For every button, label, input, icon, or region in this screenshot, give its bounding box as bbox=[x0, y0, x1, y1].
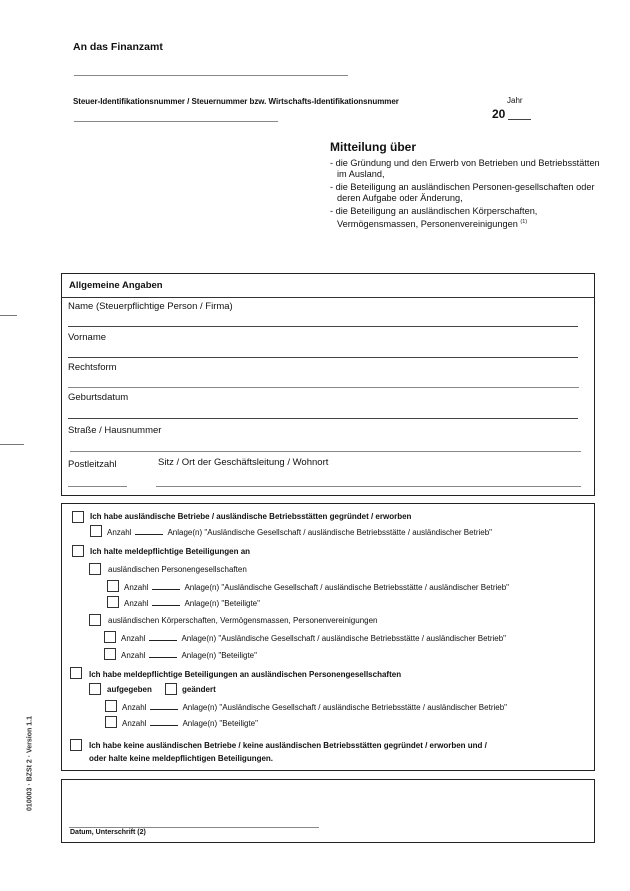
anzahl-label: Anzahl bbox=[122, 703, 146, 712]
rechtsform-label: Rechtsform bbox=[68, 362, 117, 373]
anlage-label: Anlage(n) "Ausländische Gesellschaft / a… bbox=[167, 528, 492, 537]
aufgegeben-label: aufgegeben bbox=[107, 685, 152, 694]
mitteilung-item: - die Beteiligung an ausländischen Körpe… bbox=[330, 206, 610, 229]
anzahl-input[interactable] bbox=[149, 650, 177, 658]
aufgegeben-heading-label: Ich habe meldepflichtige Beteiligungen a… bbox=[89, 670, 401, 679]
steuer-id-input-line[interactable] bbox=[74, 121, 278, 122]
pg-anlage-gesellschaft-row: AnzahlAnlage(n) "Ausländische Gesellscha… bbox=[124, 582, 509, 592]
keine-checkbox[interactable] bbox=[70, 739, 82, 751]
anzahl-input[interactable] bbox=[135, 527, 163, 535]
strasse-label: Straße / Hausnummer bbox=[68, 425, 161, 436]
form-version: 010003 · BZSt 2 · Version 1.1 bbox=[27, 704, 34, 824]
vorname-label: Vorname bbox=[68, 332, 106, 343]
personengesellschaften-label: ausländischen Personengesellschaften bbox=[108, 565, 247, 574]
geburtsdatum-input-line[interactable] bbox=[68, 418, 578, 419]
footnote-marker: (1) bbox=[520, 219, 527, 225]
jahr-prefix: 20 bbox=[492, 107, 505, 121]
jahr-label: Jahr bbox=[507, 96, 523, 105]
anlage-label: Anlage(n) "Ausländische Gesellschaft / a… bbox=[182, 703, 507, 712]
anlage-label: Anlage(n) "Beteiligte" bbox=[181, 651, 257, 660]
pg-anlage-gesellschaft-checkbox[interactable] bbox=[107, 580, 119, 592]
steuer-id-label: Steuer-Identifikationsnummer / Steuernum… bbox=[73, 97, 399, 106]
ks-anlage-gesellschaft-row: AnzahlAnlage(n) "Ausländische Gesellscha… bbox=[121, 633, 506, 643]
keine-label-line2: oder halte keine meldepflichtigen Beteil… bbox=[89, 754, 273, 763]
plz-input-line[interactable] bbox=[68, 486, 127, 487]
finanzamt-label: An das Finanzamt bbox=[73, 41, 163, 53]
geaendert-label: geändert bbox=[182, 685, 216, 694]
aufgegeben-checkbox[interactable] bbox=[89, 683, 101, 695]
gegruendet-label: Ich habe ausländische Betriebe / ausländ… bbox=[90, 512, 411, 521]
anzahl-input[interactable] bbox=[149, 633, 177, 641]
anlage-label: Anlage(n) "Ausländische Gesellschaft / a… bbox=[181, 634, 506, 643]
ap-anlage-beteiligte-checkbox[interactable] bbox=[105, 716, 117, 728]
personengesellschaften-checkbox[interactable] bbox=[89, 563, 101, 575]
mitteilung-item: - die Gründung und den Erwerb von Betrie… bbox=[330, 158, 610, 179]
jahr-input-line[interactable] bbox=[508, 119, 531, 120]
vorname-input-line[interactable] bbox=[68, 357, 578, 358]
anzahl-input[interactable] bbox=[150, 702, 178, 710]
ort-input-line[interactable] bbox=[156, 486, 581, 487]
keine-label-line1: Ich habe keine ausländischen Betriebe / … bbox=[89, 741, 487, 750]
ap-anlage-gesellschaft-checkbox[interactable] bbox=[105, 700, 117, 712]
mitteilung-item-text: - die Beteiligung an ausländischen Körpe… bbox=[330, 206, 537, 229]
name-input-line[interactable] bbox=[68, 326, 578, 327]
anzahl-input[interactable] bbox=[152, 598, 180, 606]
fold-mark-top bbox=[0, 315, 17, 316]
geaendert-checkbox[interactable] bbox=[165, 683, 177, 695]
ap-anlage-gesellschaft-row: AnzahlAnlage(n) "Ausländische Gesellscha… bbox=[122, 702, 507, 712]
halte-checkbox[interactable] bbox=[72, 545, 84, 557]
ks-anlage-beteiligte-checkbox[interactable] bbox=[104, 648, 116, 660]
gegruendet-anlage-row: AnzahlAnlage(n) "Ausländische Gesellscha… bbox=[107, 527, 492, 537]
mitteilung-title: Mitteilung über bbox=[330, 140, 610, 154]
koerperschaften-checkbox[interactable] bbox=[89, 614, 101, 626]
signature-input-line[interactable] bbox=[69, 827, 319, 828]
anzahl-label: Anzahl bbox=[121, 651, 145, 660]
gegruendet-checkbox[interactable] bbox=[72, 511, 84, 523]
anlage-label: Anlage(n) "Beteiligte" bbox=[184, 599, 260, 608]
ap-anlage-beteiligte-row: AnzahlAnlage(n) "Beteiligte" bbox=[122, 718, 258, 728]
pg-anlage-beteiligte-checkbox[interactable] bbox=[107, 596, 119, 608]
pg-anlage-beteiligte-row: AnzahlAnlage(n) "Beteiligte" bbox=[124, 598, 260, 608]
fold-mark-bottom bbox=[0, 444, 24, 445]
plz-label: Postleitzahl bbox=[68, 459, 117, 470]
anzahl-label: Anzahl bbox=[124, 599, 148, 608]
anzahl-label: Anzahl bbox=[121, 634, 145, 643]
finanzamt-input-line[interactable] bbox=[74, 75, 348, 76]
strasse-input-line[interactable] bbox=[70, 451, 581, 452]
mitteilung-block: Mitteilung über - die Gründung und den E… bbox=[330, 140, 610, 232]
anzahl-label: Anzahl bbox=[107, 528, 131, 537]
mitteilung-item: - die Beteiligung an ausländischen Perso… bbox=[330, 182, 610, 203]
section-title: Allgemeine Angaben bbox=[62, 274, 594, 298]
ort-label: Sitz / Ort der Geschäftsleitung / Wohnor… bbox=[158, 457, 328, 468]
signature-label: Datum, Unterschrift (2) bbox=[70, 829, 146, 836]
ks-anlage-beteiligte-row: AnzahlAnlage(n) "Beteiligte" bbox=[121, 650, 257, 660]
anzahl-label: Anzahl bbox=[122, 719, 146, 728]
aufgegeben-heading-checkbox[interactable] bbox=[70, 667, 82, 679]
anzahl-input[interactable] bbox=[152, 582, 180, 590]
anzahl-label: Anzahl bbox=[124, 583, 148, 592]
anzahl-input[interactable] bbox=[150, 718, 178, 726]
geburtsdatum-label: Geburtsdatum bbox=[68, 392, 128, 403]
koerperschaften-label: ausländischen Körperschaften, Vermögensm… bbox=[108, 616, 378, 625]
rechtsform-input-line[interactable] bbox=[68, 387, 579, 388]
halte-label: Ich halte meldepflichtige Beteiligungen … bbox=[90, 547, 250, 556]
gegruendet-anlage-checkbox[interactable] bbox=[90, 525, 102, 537]
name-label: Name (Steuerpflichtige Person / Firma) bbox=[68, 301, 233, 312]
ks-anlage-gesellschaft-checkbox[interactable] bbox=[104, 631, 116, 643]
anlage-label: Anlage(n) "Ausländische Gesellschaft / a… bbox=[184, 583, 509, 592]
anlage-label: Anlage(n) "Beteiligte" bbox=[182, 719, 258, 728]
